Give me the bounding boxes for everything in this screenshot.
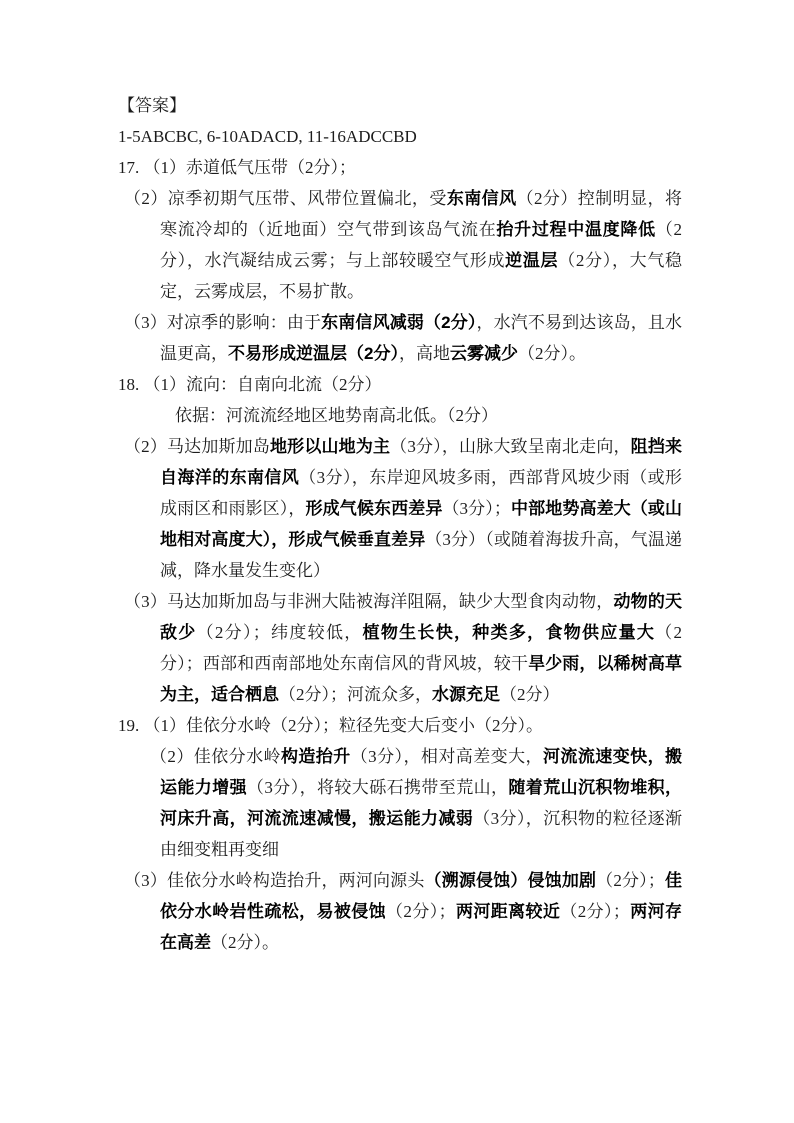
text-run: （2）凉季初期气压带、风带位置偏北，受 bbox=[124, 189, 447, 208]
document-page: 【答案】 1-5ABCBC, 6-10ADACD, 11-16ADCCBD17.… bbox=[0, 0, 794, 1123]
text-run: （2分） bbox=[500, 685, 560, 704]
q18-part1-basis: 依据：河流流经地区地势南高北低。（2分） bbox=[118, 400, 682, 431]
text-run: 17. （1）赤道低气压带（2分）； bbox=[118, 158, 356, 177]
text-run: （2分）； bbox=[596, 871, 665, 890]
text-run: 19. （1）佳依分水岭（2分）；粒径先变大后变小（2分）。 bbox=[118, 716, 543, 735]
bold-text-run: 两河距离较近 bbox=[456, 902, 561, 921]
bold-text-run: 水源充足 bbox=[432, 685, 500, 704]
text-run: （2分）。 bbox=[211, 933, 279, 952]
text-run: （2分）；纬度较低， bbox=[197, 623, 363, 642]
q18-part2: （2）马达加斯加岛地形以山地为主（3分），山脉大致呈南北走向，阻挡来自海洋的东南… bbox=[118, 431, 682, 586]
q17-part3: （3）对凉季的影响：由于东南信风减弱（2分），水汽不易到达该岛，且水温更高，不易… bbox=[118, 307, 682, 369]
q18-part1: 18. （1）流向：自南向北流（2分） bbox=[118, 369, 682, 400]
bold-text-run: 构造抬升 bbox=[281, 747, 351, 766]
answer-key-content: 【答案】 1-5ABCBC, 6-10ADACD, 11-16ADCCBD17.… bbox=[118, 90, 682, 958]
text-run: （3分），山脉大致呈南北走向， bbox=[390, 437, 631, 456]
q18-part3: （3）马达加斯加岛与非洲大陆被海洋阻隔，缺少大型食肉动物，动物的天敌少（2分）；… bbox=[118, 586, 682, 710]
text-run: （3）马达加斯加岛与非洲大陆被海洋阻隔，缺少大型食肉动物， bbox=[124, 592, 613, 611]
text-run: （3分），相对高差变大， bbox=[351, 747, 543, 766]
q19-part3: （3）佳依分水岭构造抬升，两河向源头（溯源侵蚀）侵蚀加剧（2分）；佳依分水岭岩性… bbox=[118, 865, 682, 958]
q17-part1: 17. （1）赤道低气压带（2分）； bbox=[118, 152, 682, 183]
text-run: （2分）； bbox=[386, 902, 456, 921]
text-run: 1-5ABCBC, 6-10ADACD, 11-16ADCCBD bbox=[118, 127, 417, 146]
text-run: （3）佳依分水岭构造抬升，两河向源头 bbox=[124, 871, 425, 890]
bold-text-run: 不易形成逆温层（2分） bbox=[228, 344, 399, 363]
bold-text-run: 东南信风减弱（2分） bbox=[321, 313, 476, 332]
answers-heading: 【答案】 bbox=[118, 90, 682, 121]
text-run: （3分），将较大砾石携带至荒山， bbox=[247, 778, 508, 797]
bold-text-run: 东南信风 bbox=[447, 189, 517, 208]
text-run: 18. （1）流向：自南向北流（2分） bbox=[118, 375, 382, 394]
multiple-choice-answers: 1-5ABCBC, 6-10ADACD, 11-16ADCCBD bbox=[118, 121, 682, 152]
q17-part2: （2）凉季初期气压带、风带位置偏北，受东南信风（2分）控制明显，将寒流冷却的（近… bbox=[118, 183, 682, 307]
bold-text-run: 形成气候东西差异 bbox=[306, 499, 443, 518]
bold-text-run: 植物生长快，种类多，食物供应量大 bbox=[363, 623, 656, 642]
text-run: （3分）； bbox=[442, 499, 510, 518]
text-run: （2）佳依分水岭 bbox=[150, 747, 281, 766]
bold-text-run: 逆温层 bbox=[505, 251, 558, 270]
bold-text-run: （溯源侵蚀）侵蚀加剧 bbox=[425, 871, 597, 890]
bold-text-run: 抬升过程中温度降低 bbox=[496, 220, 655, 239]
q19-part1: 19. （1）佳依分水岭（2分）；粒径先变大后变小（2分）。 bbox=[118, 710, 682, 741]
q19-part2: （2）佳依分水岭构造抬升（3分），相对高差变大，河流流速变快，搬运能力增强（3分… bbox=[118, 741, 682, 865]
text-run: （2分）。 bbox=[518, 344, 586, 363]
text-run: （2分）； bbox=[560, 902, 630, 921]
text-run: （2）马达加斯加岛 bbox=[124, 437, 270, 456]
text-run: 依据：河流流经地区地势南高北低。（2分） bbox=[175, 406, 498, 425]
text-run: ，高地 bbox=[399, 344, 450, 363]
bold-text-run: 地形以山地为主 bbox=[270, 437, 390, 456]
bold-text-run: 云雾减少 bbox=[450, 344, 518, 363]
text-run: （2分）；河流众多， bbox=[279, 685, 432, 704]
text-run: （3）对凉季的影响：由于 bbox=[124, 313, 321, 332]
answer-paragraphs: 1-5ABCBC, 6-10ADACD, 11-16ADCCBD17. （1）赤… bbox=[118, 121, 682, 958]
